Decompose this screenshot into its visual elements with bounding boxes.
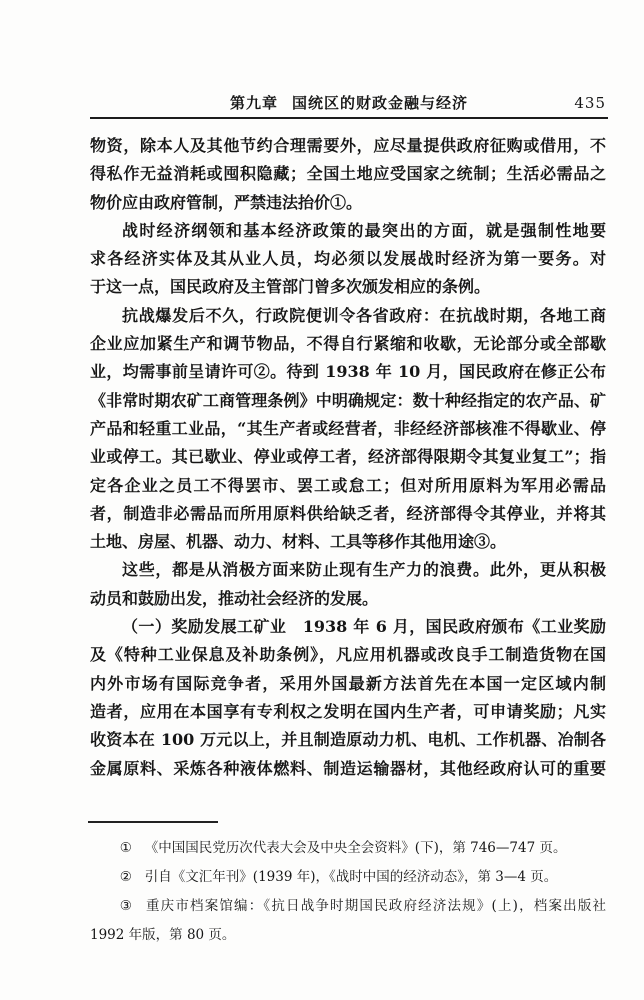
- footnote-2-text: 引自《文汇年刊》(1939 年)，《战时中国的经济动态》，第 3—4 页。: [145, 869, 557, 885]
- page-header: 第九章国统区的财政金融与经济 435: [92, 92, 606, 114]
- body-line: 业，均需事前呈请许可②。待到 1938 年 10 月，国民政府在修正公布的: [90, 358, 606, 386]
- body-line: 求各经济实体及其从业人员，均必须以发展战时经济为第一要务。对: [90, 245, 606, 273]
- footnote-1-text: 《中国国民党历次代表大会及中央全会资料》(下)，第 746—747 页。: [145, 840, 567, 856]
- body-line: 抗战爆发后不久，行政院便训令各省政府：在抗战时期，各地工商: [90, 302, 606, 330]
- footnote-2: ②引自《文汇年刊》(1939 年)，《战时中国的经济动态》，第 3—4 页。: [90, 863, 606, 892]
- body-line: 业或停工。其已歇业、停业或停工者，经济部得限期令其复业复工”；指: [90, 443, 606, 471]
- body-line: 企业应加紧生产和调节物品，不得自行紧缩和收歇，无论部分或全部歇: [90, 330, 606, 358]
- page-number: 435: [574, 92, 606, 114]
- body-line: 战时经济纲领和基本经济政策的最突出的方面，就是强制性地要: [90, 217, 606, 245]
- chapter-heading: 第九章国统区的财政金融与经济: [92, 92, 606, 114]
- body-line: 这些，都是从消极方面来防止现有生产力的浪费。此外，更从积极: [90, 556, 606, 584]
- body-text: 物资，除本人及其他节约合理需要外，应尽量提供政府征购或借用，不 得私作无益消耗或…: [90, 132, 606, 783]
- body-line section-heading-line: （一）奖励发展工矿业 1938 年 6 月，国民政府颁布《工业奖励法》: [90, 613, 606, 641]
- footnote-1-marker: ①: [120, 840, 132, 856]
- body-line: 《非常时期农矿工商管理条例》中明确规定：数十种经指定的农产品、矿: [90, 387, 606, 415]
- chapter-title: 国统区的财政金融与经济: [292, 94, 468, 112]
- body-line: 内外市场有国际竞争者，采用外国最新方法首先在本国一定区域内制: [90, 670, 606, 698]
- body-line: 者，制造非必需品而所用原料供给缺乏者，经济部得令其停业，并将其: [90, 500, 606, 528]
- body-line: 收资本在 100 万元以上，并且制造原动力机、电机、工作机器、冶制各种: [90, 726, 606, 754]
- footnote-3-text-line2: 1992 年版，第 80 页。: [90, 927, 235, 943]
- body-line: 物资，除本人及其他节约合理需要外，应尽量提供政府征购或借用，不: [90, 132, 606, 160]
- footnote-3: ③重庆市档案馆编：《抗日战争时期国民政府经济法规》(上)，档案出版社: [90, 892, 606, 921]
- footnote-3-text: 重庆市档案馆编：《抗日战争时期国民政府经济法规》(上)，档案出版社: [146, 898, 606, 914]
- body-line: 物价应由政府管制，严禁违法抬价①。: [90, 189, 606, 217]
- chapter-number: 第九章: [230, 94, 278, 112]
- body-line: 及《特种工业保息及补助条例》，凡应用机器或改良手工制造货物在国: [90, 641, 606, 669]
- footnotes: ①《中国国民党历次代表大会及中央全会资料》(下)，第 746—747 页。 ②引…: [90, 834, 606, 950]
- body-line: 动员和鼓励出发，推动社会经济的发展。: [90, 585, 606, 613]
- footnote-separator-rule: [88, 821, 218, 823]
- body-line: 金属原料、采炼各种液体燃料、制造运输器材，其他经政府认可的重要: [90, 755, 606, 783]
- body-line: 土地、房屋、机器、动力、材料、工具等移作其他用途③。: [90, 528, 606, 556]
- footnote-3-marker: ③: [120, 898, 133, 914]
- book-page: 第九章国统区的财政金融与经济 435 物资，除本人及其他节约合理需要外，应尽量提…: [0, 0, 644, 1000]
- body-line: 于这一点，国民政府及主管部门曾多次颁发相应的条例。: [90, 273, 606, 301]
- header-divider-rule: [90, 117, 608, 119]
- footnote-2-marker: ②: [120, 869, 132, 885]
- footnote-3-continuation: 1992 年版，第 80 页。: [90, 921, 606, 950]
- body-line: 定各企业之员工不得罢市、罢工或怠工；但对所用原料为军用必需品: [90, 472, 606, 500]
- footnote-1: ①《中国国民党历次代表大会及中央全会资料》(下)，第 746—747 页。: [90, 834, 606, 863]
- body-line: 得私作无益消耗或囤积隐藏；全国土地应受国家之统制；生活必需品之: [90, 160, 606, 188]
- body-line: 造者，应用在本国享有专利权之发明在国内生产者，可申请奖励；凡实: [90, 698, 606, 726]
- body-line: 产品和轻重工业品，“其生产者或经营者，非经经济部核准不得歇业、停: [90, 415, 606, 443]
